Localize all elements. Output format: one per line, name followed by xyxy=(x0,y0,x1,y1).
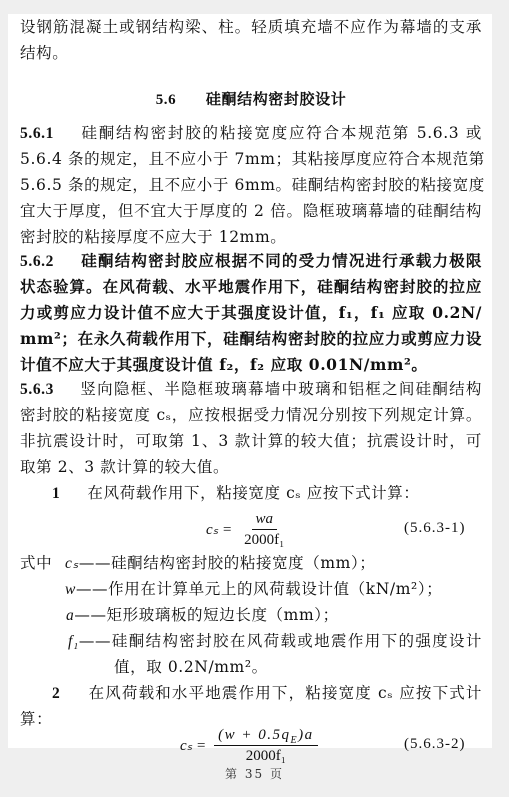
item-2-number: 2 xyxy=(52,685,60,702)
clause-561-line-5: 密封胶的粘接厚度不应大于 12mm。 xyxy=(20,226,482,248)
section-heading: 5.6 硅酮结构密封胶设计 xyxy=(20,88,482,111)
clause-562-line-2: 状态验算。在风荷载、水平地震作用下，硅酮结构密封胶的拉应 xyxy=(20,276,482,298)
definition-a: a——矩形玻璃板的短边长度（mm）； xyxy=(66,604,482,627)
equation-number-1: (5.6.3-1) xyxy=(404,520,466,537)
section-number: 5.6 xyxy=(156,92,177,108)
item-1: 1 在风荷载作用下，粘接宽度 cₛ 应按下式计算： xyxy=(52,482,482,505)
formula-2-fraction: (w + 0.5qE)a 2000f₁ xyxy=(214,726,317,765)
clause-562-line-5: 计值不应大于其强度设计值 f₂，f₂ 应取 0.01N/mm²。 xyxy=(20,354,482,376)
definition-cs: cₛ——硅酮结构密封胶的粘接宽度（mm）； xyxy=(65,552,482,575)
formula-2-denominator: 2000f₁ xyxy=(242,746,290,765)
formula-5-6-3-2: cₛ = (w + 0.5qE)a 2000f₁ xyxy=(180,726,318,765)
clause-561-line-2: 5.6.4 条的规定，且不应小于 7mm；其粘接厚度应符合本规范第 xyxy=(20,148,482,170)
clause-563-number: 5.6.3 xyxy=(20,381,54,398)
formula-5-6-3-1: cₛ = wa 2000f₁ xyxy=(206,510,288,549)
formula-2-lhs: cₛ = xyxy=(180,736,206,755)
formula-1-denominator: 2000f₁ xyxy=(240,530,288,549)
clause-561-number: 5.6.1 xyxy=(20,125,54,142)
clause-561-line-3: 5.6.5 条的规定，且不应小于 6mm。硅酮结构密封胶的粘接宽度 xyxy=(20,174,482,196)
clause-563-line-1: 5.6.3 竖向隐框、半隐框玻璃幕墙中玻璃和铝框之间硅酮结构 xyxy=(20,378,482,401)
item-2: 2 在风荷载和水平地震作用下，粘接宽度 cₛ 应按下式计 xyxy=(52,682,482,705)
section-title: 硅酮结构密封胶设计 xyxy=(206,90,346,108)
intro-line-2: 结构。 xyxy=(20,42,482,64)
formula-1-lhs: cₛ = xyxy=(206,520,232,539)
definition-f1: f₁——硅酮结构密封胶在风荷载或地震作用下的强度设计 xyxy=(68,630,482,653)
clause-562-line-4: mm²；在永久荷载作用下，硅酮结构密封胶的拉应力或剪应力设 xyxy=(20,328,482,350)
formula-1-numerator: wa xyxy=(252,510,278,530)
clause-563-line-3: 非抗震设计时，可取第 1、3 款计算的较大值；抗震设计时，可 xyxy=(20,430,482,452)
page-number-footer: 第 35 页 xyxy=(0,765,509,782)
definition-f1-continuation: 值，取 0.2N/mm²。 xyxy=(114,656,482,678)
formula-2-numerator: (w + 0.5qE)a xyxy=(214,726,317,746)
clause-561-line-4: 宜大于厚度，但不宜大于厚度的 2 倍。隐框玻璃幕墙的硅酮结构 xyxy=(20,200,482,222)
document-page: 设钢筋混凝土或钢结构梁、柱。轻质填充墙不应作为幕墙的支承 结构。 5.6 硅酮结… xyxy=(8,14,492,748)
clause-562-line-1: 5.6.2 硅酮结构密封胶应根据不同的受力情况进行承载力极限 xyxy=(20,250,482,273)
formula-1-fraction: wa 2000f₁ xyxy=(240,510,288,549)
clause-563-line-4: 取第 2、3 款计算的较大值。 xyxy=(20,456,482,478)
equation-number-2: (5.6.3-2) xyxy=(404,736,466,753)
clause-561-line-1: 5.6.1 硅酮结构密封胶的粘接宽度应符合本规范第 5.6.3 或 xyxy=(20,122,482,145)
clause-562-number: 5.6.2 xyxy=(20,253,54,270)
definition-w: w——作用在计算单元上的风荷载设计值（kN/m²）； xyxy=(65,578,482,601)
clause-563-line-2: 密封胶的粘接宽度 cₛ，应按根据受力情况分别按下列规定计算。 xyxy=(20,404,482,426)
item-1-number: 1 xyxy=(52,485,60,502)
clause-562-line-3: 力或剪应力设计值不应大于其强度设计值，f₁，f₁ 应取 0.2N/ xyxy=(20,302,482,324)
intro-line-1: 设钢筋混凝土或钢结构梁、柱。轻质填充墙不应作为幕墙的支承 xyxy=(20,16,482,38)
